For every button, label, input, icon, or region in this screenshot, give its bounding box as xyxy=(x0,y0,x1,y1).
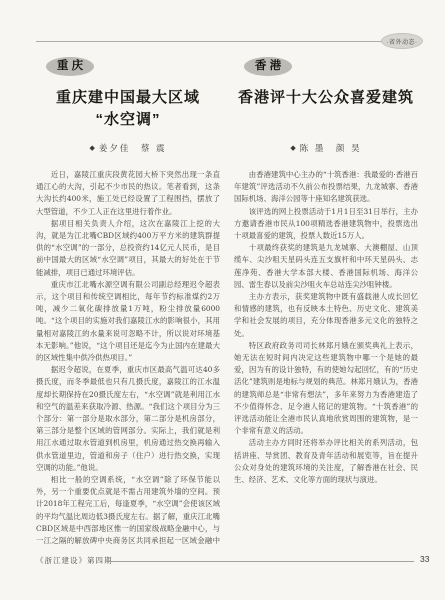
byline-hongkong: ◆陈 墨 颜 昊 xyxy=(234,142,418,154)
paragraph: 据项目相关负责人介绍，这次在嘉陵江上挖的大沟，就是为江北嘴CBD区域约400万平… xyxy=(36,218,220,279)
title-line-1: 重庆建中国最大区域 xyxy=(56,89,200,106)
title-line-1: 香港评十大公众喜爱建筑 xyxy=(238,89,414,106)
title-line-2: “水空调” xyxy=(95,111,160,128)
paragraph: 由香港建筑中心主办的“十筑香港：我最爱的·香港百年建筑”评选活动不久前公布投票结… xyxy=(234,169,418,206)
article-body-chongqing: 近日，嘉陵江重庆段黄花园大桥下突然出现一条直通江心的大沟，引起不少市民的热议。笔… xyxy=(36,169,220,547)
author-names: 姜夕佳 蔡 震 xyxy=(99,144,167,154)
paragraph: 重庆市江北嘴水源空调有限公司副总经理迟令超表示，这个项目和传统空调相比，每年节约… xyxy=(36,279,220,364)
section-badge: ·省外动态· xyxy=(381,33,423,49)
page-number: 33 xyxy=(420,554,429,564)
footer-rule xyxy=(108,561,414,562)
paragraph: 相比一般的空调系统，“水空调”除了环保节能以外，另一个重要优点就是不需占用建筑外… xyxy=(36,474,220,547)
article-title-hongkong: 香港评十大公众喜爱建筑 xyxy=(234,87,418,109)
paragraph: 活动主办方同时还将举办评比相关的系列活动，包括讲座、导赏团、教育及青年活动和展览… xyxy=(234,437,418,486)
article-chongqing: 重 庆 重庆建中国最大区域 “水空调” ◆姜夕佳 蔡 震 近日，嘉陵江重庆段黄花… xyxy=(36,55,220,560)
region-badge-chongqing: 重 庆 xyxy=(46,57,94,76)
article-hongkong: 香 港 香港评十大公众喜爱建筑 ◆陈 墨 颜 昊 由香港建筑中心主办的“十筑香港… xyxy=(234,55,418,560)
paragraph: 据迟令超说，在夏季，重庆市区最高气温可达40多摄氏度，而冬季最低也只有几摄氏度，… xyxy=(36,364,220,474)
journal-page: ·省外动态· 重 庆 重庆建中国最大区域 “水空调” ◆姜夕佳 蔡 震 近日，嘉… xyxy=(0,0,445,600)
diamond-bullet-icon: ◆ xyxy=(89,144,94,152)
paragraph: 特区政府政务司司长林郑月娥在颁奖典礼上表示，她无法在短时间内决定这些建筑物中哪一… xyxy=(234,340,418,438)
diamond-bullet-icon: ◆ xyxy=(290,144,295,152)
journal-name: 《浙江建设》第四期 xyxy=(36,555,113,566)
paragraph: 近日，嘉陵江重庆段黄花园大桥下突然出现一条直通江心的大沟，引起不少市民的热议。笔… xyxy=(36,169,220,218)
byline-chongqing: ◆姜夕佳 蔡 震 xyxy=(36,142,220,154)
paragraph: 十项最终获奖的建筑是九龙城寨、大澳棚屋、山顶缆车、尖沙咀天星码头连五支旗杆和中环… xyxy=(234,242,418,291)
article-body-hongkong: 由香港建筑中心主办的“十筑香港：我最爱的·香港百年建筑”评选活动不久前公布投票结… xyxy=(234,169,418,547)
author-names: 陈 墨 颜 昊 xyxy=(300,144,362,154)
article-title-chongqing: 重庆建中国最大区域 “水空调” xyxy=(36,87,220,131)
paragraph: 主办方表示，获奖建筑物中既有盛载港人成长回忆和情感的建筑，也有反映本土特色、历史… xyxy=(234,291,418,340)
region-badge-hongkong: 香 港 xyxy=(244,57,292,76)
header-rule xyxy=(36,41,384,42)
section-label: ·省外动态· xyxy=(387,37,418,46)
paragraph: 该评选的网上投票活动于1月1日至31日举行，主办方邀请香港市民从100项精选香港… xyxy=(234,206,418,243)
